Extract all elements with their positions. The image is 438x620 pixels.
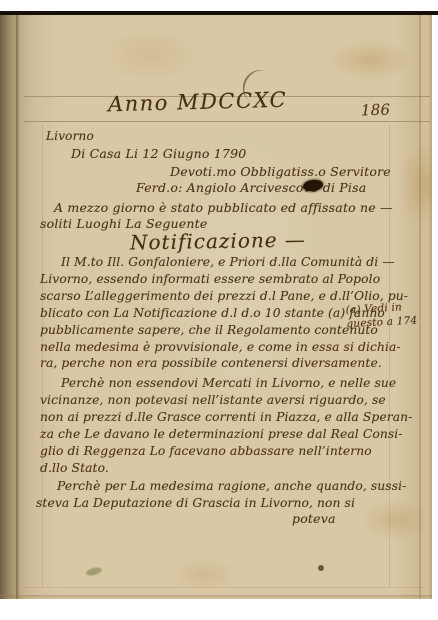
ink-spot (318, 565, 324, 571)
manuscript-line: non ai prezzi d.lle Grasce correnti in P… (40, 409, 392, 426)
catchword: poteva (292, 511, 336, 526)
manuscript-line: pubblicamente sapere, che il Regolamento… (40, 322, 392, 339)
intro-line-1: A mezzo giorno è stato pubblicato ed aff… (54, 200, 393, 215)
manuscript-line: glio di Reggenza Lo facevano abbassare n… (40, 443, 392, 460)
notice-heading: Notificazione — (130, 227, 306, 254)
page-title: Anno MDCCXC (108, 88, 288, 117)
manuscript-line: Livorno, essendo informati essere sembra… (40, 271, 392, 288)
manuscript-line: vicinanze, non potevasi nell’istante ave… (40, 392, 392, 409)
manuscript-line: Perchè per La medesima ragione, anche qu… (36, 478, 392, 495)
signature-line-2: Ferd.o: Angiolo Arcivescovo di Pisa (136, 180, 366, 195)
paragraph-3: Perchè per La medesima ragione, anche qu… (36, 478, 392, 512)
folio-number: 186 (361, 100, 391, 119)
manuscript-line: Perchè non essendovi Mercati in Livorno,… (40, 375, 392, 392)
manuscript-line: ra, perche non era possibile contenersi … (40, 355, 392, 372)
smudge-stain (85, 566, 102, 577)
dateline-date: Di Casa Li 12 Giugno 1790 (71, 146, 246, 161)
signature-line-1: Devoti.mo Obbligatiss.o Servitore (170, 164, 391, 179)
manuscript-line: za che Le davano le determinazioni prese… (40, 426, 392, 443)
manuscript-line: scarso L’alleggerimento dei prezzi d.l P… (40, 288, 392, 305)
manuscript-scan: Anno MDCCXC 186 Livorno Di Casa Li 12 Gi… (0, 0, 438, 620)
footer-rule (24, 587, 424, 588)
binding-crease (16, 15, 19, 599)
paragraph-2: Perchè non essendovi Mercati in Livorno,… (40, 375, 392, 476)
manuscript-line: nella medesima è provvisionale, e come i… (40, 339, 392, 356)
paragraph-1: Il M.to Ill. Gonfaloniere, e Priori d.ll… (40, 254, 392, 372)
manuscript-line: steva La Deputazione di Grascia in Livor… (36, 495, 392, 512)
manuscript-page: Anno MDCCXC 186 Livorno Di Casa Li 12 Gi… (0, 15, 432, 599)
manuscript-line: blicato con La Notificazione d.l d.o 10 … (40, 305, 392, 322)
dateline-place: Livorno (46, 129, 94, 143)
page-bottom-edge (0, 595, 432, 599)
margin-note: (a) Vedi in questo a 174 (345, 299, 432, 331)
manuscript-line: Il M.to Ill. Gonfaloniere, e Priori d.ll… (40, 254, 392, 271)
manuscript-line: d.llo Stato. (40, 460, 392, 477)
header-rule-bottom (24, 121, 430, 122)
